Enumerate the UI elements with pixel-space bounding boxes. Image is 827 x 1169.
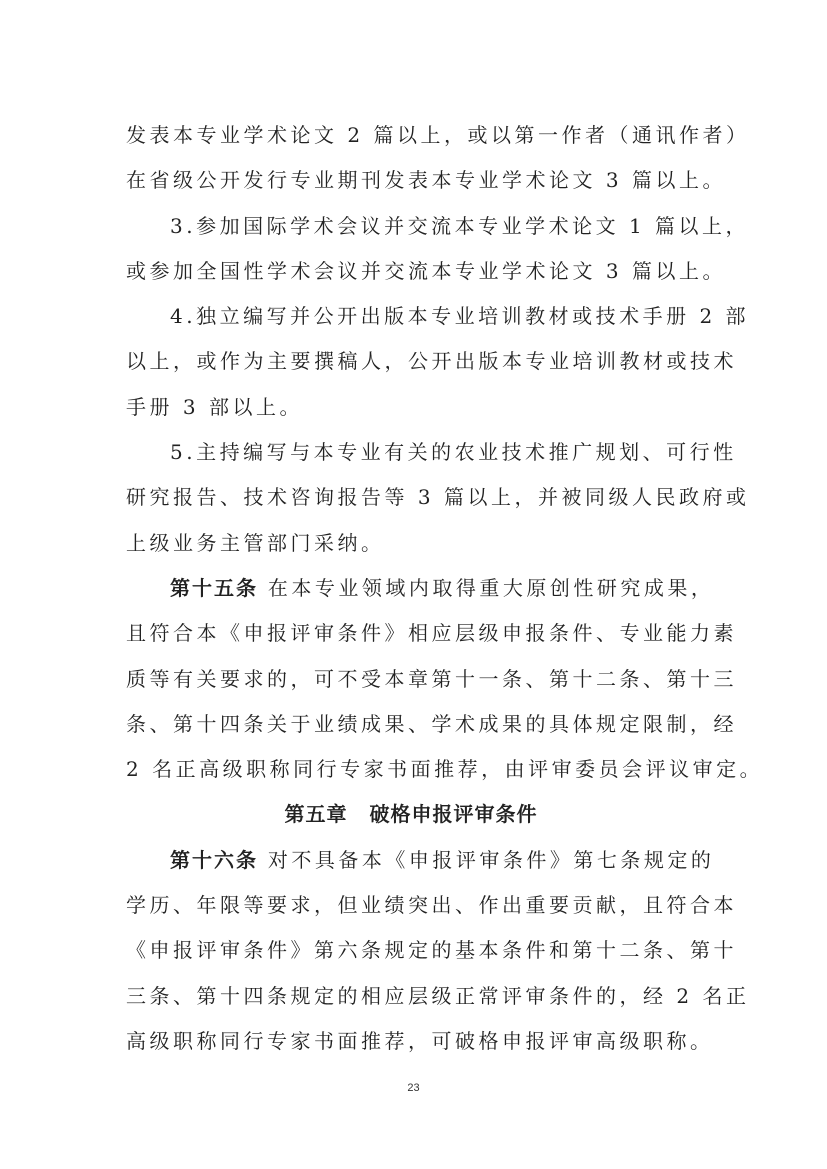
- chapter-number: 第五章: [285, 802, 348, 826]
- paragraph-item-4: 4.独立编写并公开出版本专业培训教材或技术手册 2 部 以上，或作为主要撰稿人，…: [126, 294, 704, 430]
- article-16: 第十六条 对不具备本《申报评审条件》第七条规定的 学历、年限等要求，但业绩突出、…: [126, 838, 704, 1064]
- text-line: 上级业务主管部门采纳。: [126, 521, 704, 566]
- text-line: 第十五条 在本专业领域内取得重大原创性研究成果，: [126, 566, 704, 611]
- chapter-title: 破格申报评审条件: [370, 802, 538, 826]
- text-line: 在省级公开发行专业期刊发表本专业学术论文 3 篇以上。: [126, 158, 704, 203]
- text-line: 高级职称同行专家书面推荐，可破格申报评审高级职称。: [126, 1019, 704, 1064]
- paragraph-item-3: 3.参加国际学术会议并交流本专业学术论文 1 篇以上， 或参加全国性学术会议并交…: [126, 204, 704, 295]
- text-line: 5.主持编写与本专业有关的农业技术推广规划、可行性: [126, 430, 704, 475]
- text-line: 条、第十四条关于业绩成果、学术成果的具体规定限制，经: [126, 702, 704, 747]
- chapter-heading: 第五章破格申报评审条件: [126, 792, 704, 837]
- text-line: 第十六条 对不具备本《申报评审条件》第七条规定的: [126, 838, 704, 883]
- article-label: 第十六条: [170, 848, 258, 872]
- text-line: 手册 3 部以上。: [126, 385, 704, 430]
- text-line: 且符合本《申报评审条件》相应层级申报条件、专业能力素: [126, 611, 704, 656]
- article-15: 第十五条 在本专业领域内取得重大原创性研究成果， 且符合本《申报评审条件》相应层…: [126, 566, 704, 792]
- paragraph-continuation: 发表本专业学术论文 2 篇以上，或以第一作者（通讯作者） 在省级公开发行专业期刊…: [126, 113, 704, 204]
- text-line: 三条、第十四条规定的相应层级正常评审条件的，经 2 名正: [126, 974, 704, 1019]
- document-body: 发表本专业学术论文 2 篇以上，或以第一作者（通讯作者） 在省级公开发行专业期刊…: [126, 113, 704, 1064]
- text-line: 学历、年限等要求，但业绩突出、作出重要贡献，且符合本: [126, 883, 704, 928]
- text-line: 4.独立编写并公开出版本专业培训教材或技术手册 2 部: [126, 294, 704, 339]
- paragraph-item-5: 5.主持编写与本专业有关的农业技术推广规划、可行性 研究报告、技术咨询报告等 3…: [126, 430, 704, 566]
- text-line: 质等有关要求的，可不受本章第十一条、第十二条、第十三: [126, 657, 704, 702]
- text-line: 或参加全国性学术会议并交流本专业学术论文 3 篇以上。: [126, 249, 704, 294]
- article-label: 第十五条: [170, 576, 258, 600]
- text-line: 以上，或作为主要撰稿人，公开出版本专业培训教材或技术: [126, 339, 704, 384]
- text-line: 2 名正高级职称同行专家书面推荐，由评审委员会评议审定。: [126, 747, 704, 792]
- text-line: 《申报评审条件》第六条规定的基本条件和第十二条、第十: [126, 928, 704, 973]
- text-line: 发表本专业学术论文 2 篇以上，或以第一作者（通讯作者）: [126, 113, 704, 158]
- document-page: 发表本专业学术论文 2 篇以上，或以第一作者（通讯作者） 在省级公开发行专业期刊…: [0, 0, 827, 1169]
- text-fragment: 在本专业领域内取得重大原创性研究成果，: [258, 576, 714, 600]
- text-line: 研究报告、技术咨询报告等 3 篇以上，并被同级人民政府或: [126, 475, 704, 520]
- text-fragment: 对不具备本《申报评审条件》第七条规定的: [258, 848, 714, 872]
- text-line: 3.参加国际学术会议并交流本专业学术论文 1 篇以上，: [126, 204, 704, 249]
- page-number: 23: [0, 1082, 827, 1094]
